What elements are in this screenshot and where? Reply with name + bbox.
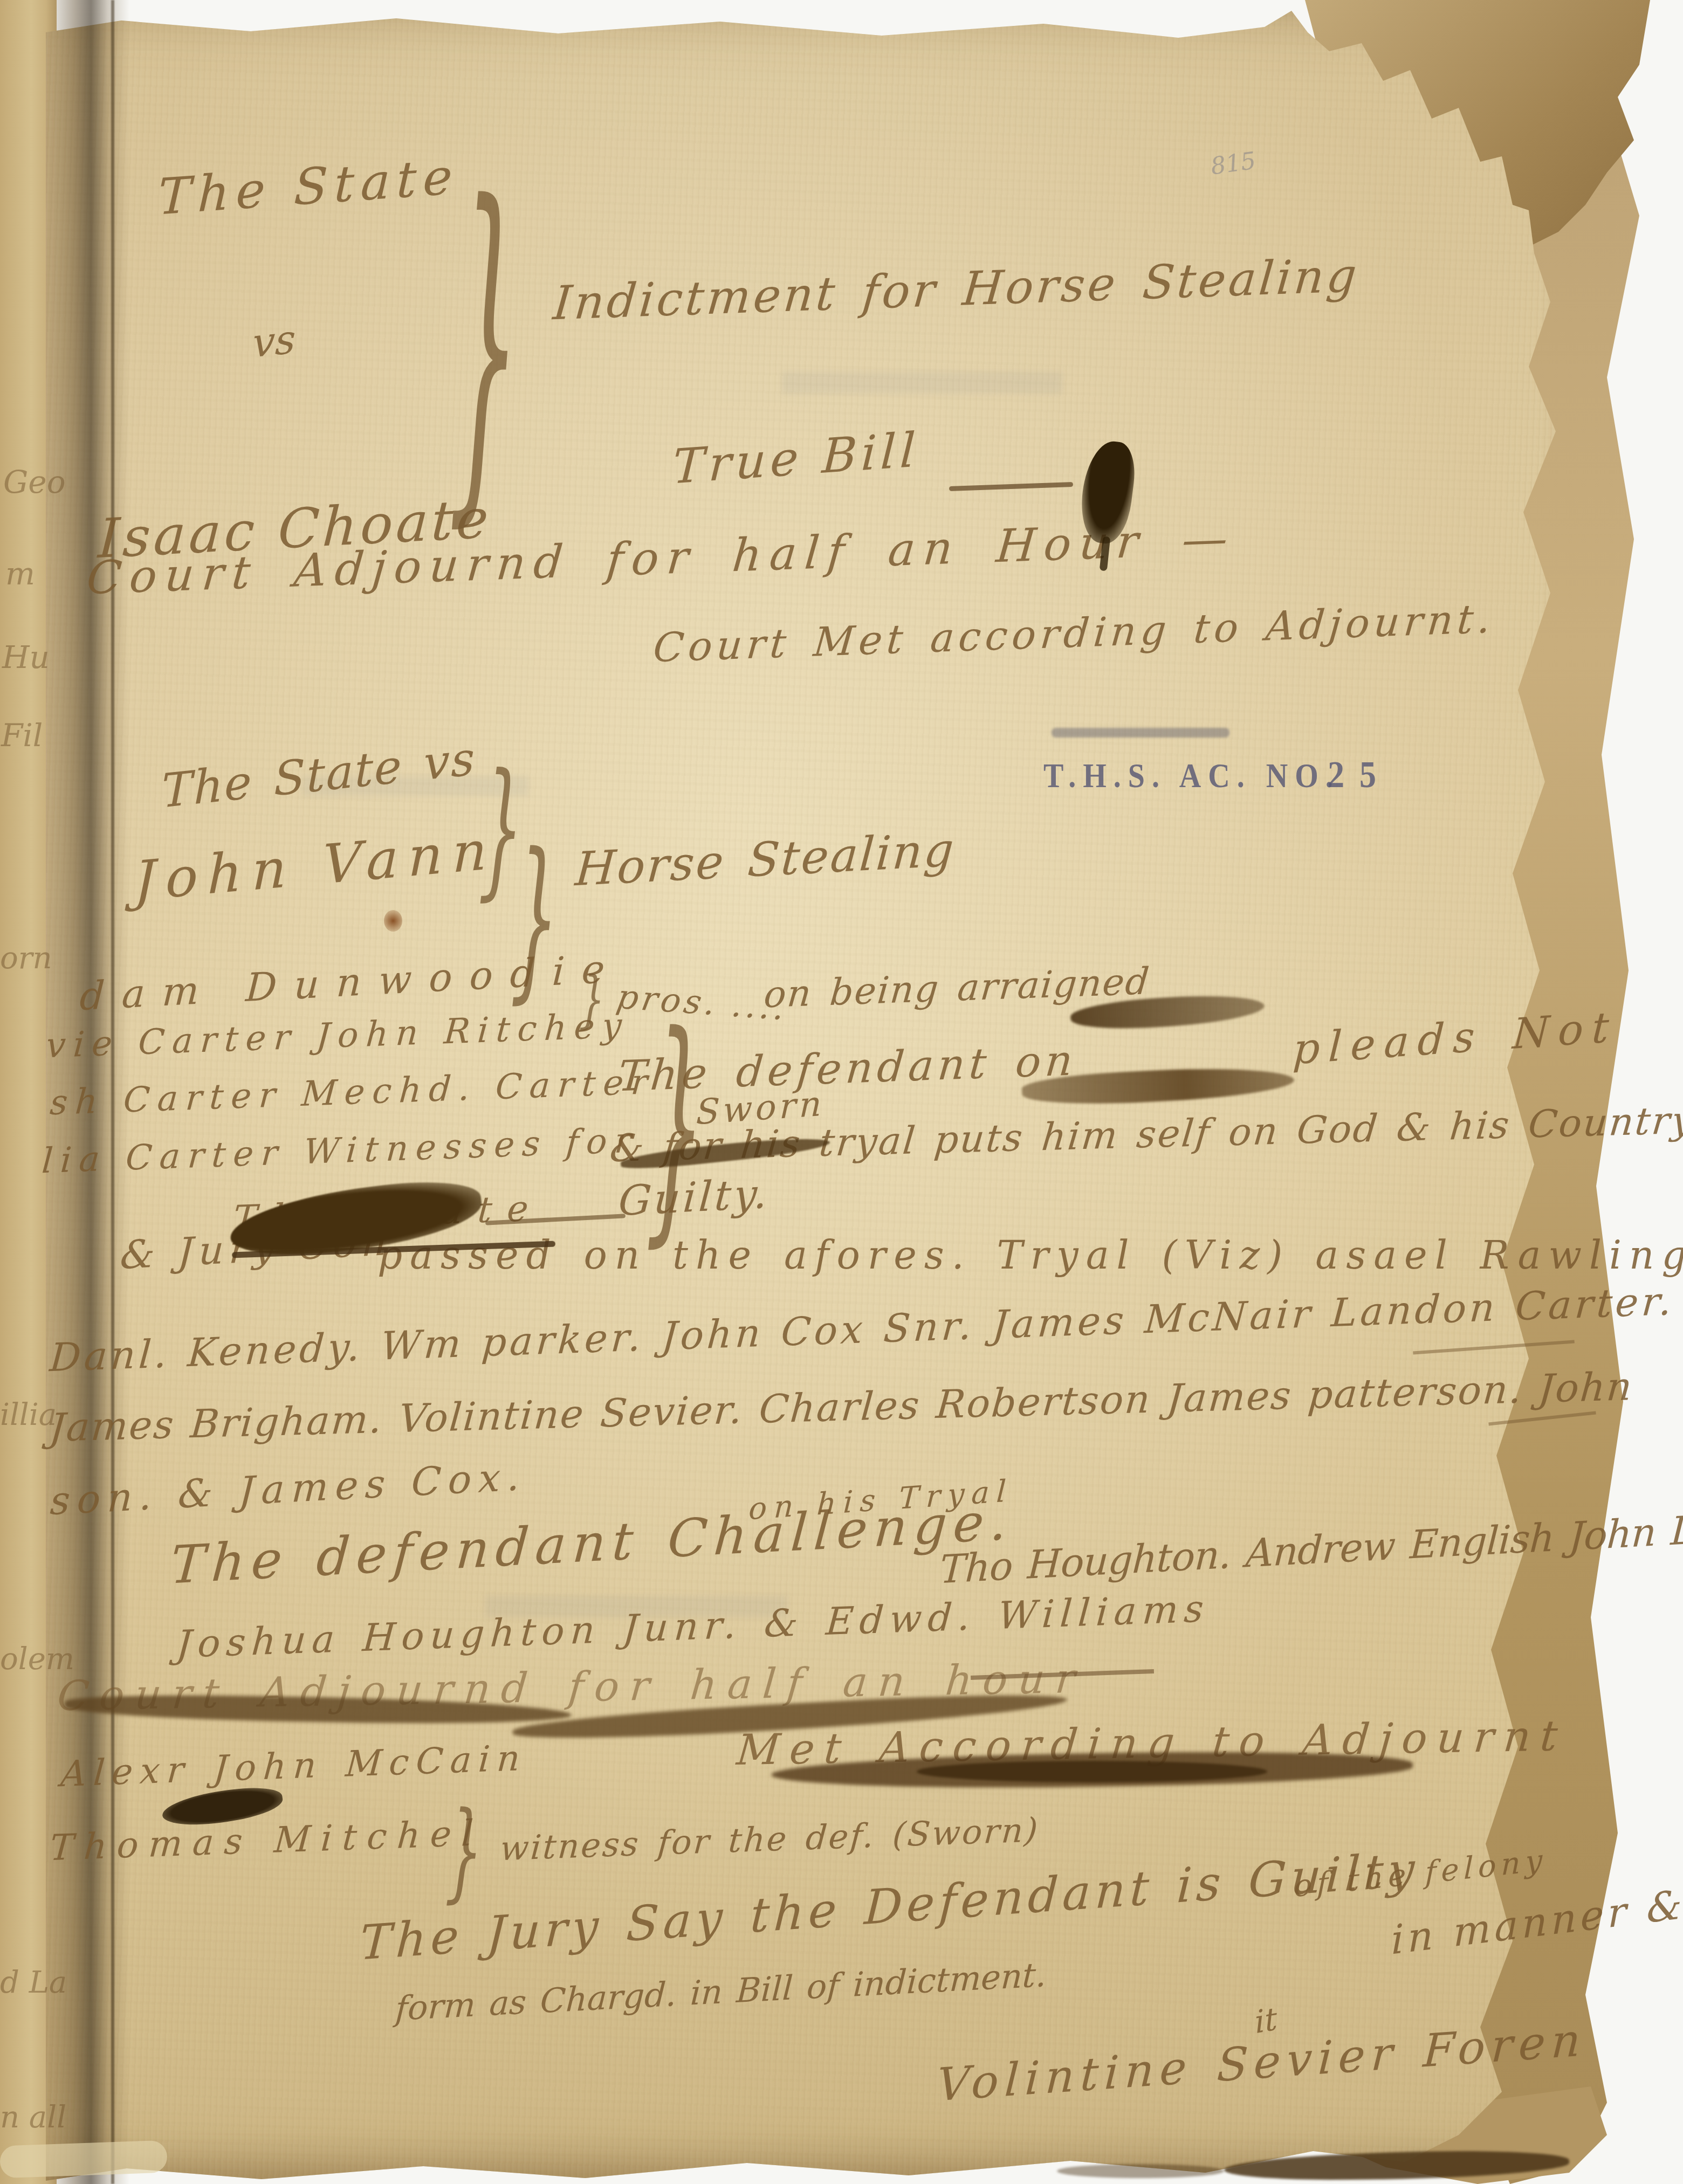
verdict-insert: it xyxy=(1254,2003,1278,2038)
handwritten-brace: } xyxy=(448,162,524,528)
margin-fragment: m xyxy=(5,555,35,592)
case1-vs: vs xyxy=(252,319,296,364)
archival-stamp-label: T.H.S. AC. NO. xyxy=(1043,756,1340,796)
document-scan: The State vs Isaac Choate } Indictment f… xyxy=(0,0,1683,2184)
margin-fragment: orn xyxy=(0,941,52,976)
margin-fragment: Geo xyxy=(3,464,66,500)
plea-guilty: Guilty. xyxy=(617,1173,772,1222)
margin-fragment: n all xyxy=(0,2100,66,2135)
margin-fragment: illia xyxy=(0,1397,57,1432)
margin-fragment: Hu xyxy=(2,639,50,676)
handwritten-brace: } xyxy=(445,1798,485,1906)
margin-fragment: Fil xyxy=(1,717,43,754)
margin-fragment: d La xyxy=(0,1965,67,2000)
archival-stamp-number: 25 xyxy=(1328,754,1391,797)
bottom-left-torn-strip xyxy=(0,2140,168,2179)
jury-passed: passed on the afores. Tryal (Viz) asael … xyxy=(377,1236,1683,1274)
